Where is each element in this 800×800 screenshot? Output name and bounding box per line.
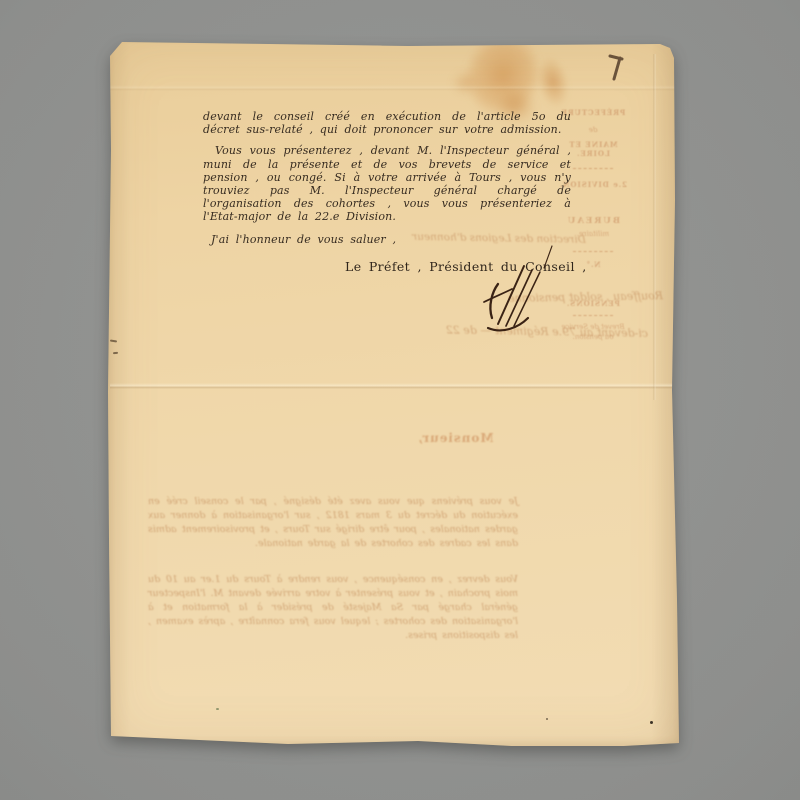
bleedthrough-handwriting-line: ci-devant au 79.e Régiment — de 22 (308, 321, 648, 340)
fold-edge-mark (113, 352, 118, 354)
paper-speck (546, 718, 548, 720)
bleedthrough-letterhead-column: PRÉFECTURE de MAINE ET LOIRE. 2.e DIVISI… (558, 104, 628, 341)
stain-large (453, 22, 554, 128)
divider (573, 251, 613, 252)
divider (573, 315, 613, 316)
faint-top-crease (110, 85, 676, 91)
bleed-brevet-label: Brevet de Service (558, 323, 628, 331)
bleedthrough-handwriting-line: Direction des Legions d'honneur (376, 230, 586, 246)
paper-shadow-wrap: PRÉFECTURE de MAINE ET LOIRE. 2.e DIVISI… (108, 40, 680, 746)
bleedthrough-handwriting-line: Rouffeau , soldat pensionné (458, 289, 663, 306)
letter-paragraph-instructions: Vous vous présenterez , devant M. l'Insp… (203, 144, 571, 223)
bleed-de-label: de (558, 126, 628, 134)
photo-background: PRÉFECTURE de MAINE ET LOIRE. 2.e DIVISI… (0, 0, 800, 800)
letter-closing-line: J'ai l'honneur de vous saluer , (203, 233, 571, 246)
paper-speck (650, 721, 653, 724)
stain-medium (533, 53, 573, 110)
horizontal-fold-crease (110, 383, 676, 389)
bleed-department-label: MAINE ET LOIRE. (558, 140, 628, 158)
stain-faint (452, 70, 478, 96)
fold-edge-mark (110, 340, 117, 343)
bleed-number-label: N.° (558, 260, 628, 269)
bleedthrough-paragraph: Je vous préviens que vous avez été désig… (148, 495, 518, 551)
bleed-bureau-label: BUREAU (558, 216, 628, 226)
letter-body: devant le conseil créé en exécution de l… (203, 110, 571, 254)
bleedthrough-paragraph: Vous devrez , en conséquence , vous rend… (148, 573, 518, 643)
letter-paper: PRÉFECTURE de MAINE ET LOIRE. 2.e DIVISI… (108, 40, 680, 746)
stain-tail (496, 88, 536, 124)
letter-paragraph-continuation: devant le conseil créé en exécution de l… (203, 110, 571, 136)
bleed-militaire-label: militaire. (558, 230, 628, 238)
vertical-crease (653, 54, 656, 400)
bleed-division-label: 2.e DIVISION. (558, 180, 628, 189)
divider (573, 168, 613, 169)
paper-speck (216, 708, 219, 710)
bleedthrough-salutation: Monsieur, (408, 431, 503, 445)
bleed-prefecture-label: PRÉFECTURE (558, 108, 628, 117)
ink-smudge-mark (608, 53, 626, 83)
signature-flourish (448, 240, 558, 340)
bleed-pension-label: ou pension. (558, 333, 628, 341)
bleed-pensions-label: PENSIONS. (558, 299, 628, 308)
signer-caption: Le Préfet , Président du Conseil , (345, 259, 587, 274)
